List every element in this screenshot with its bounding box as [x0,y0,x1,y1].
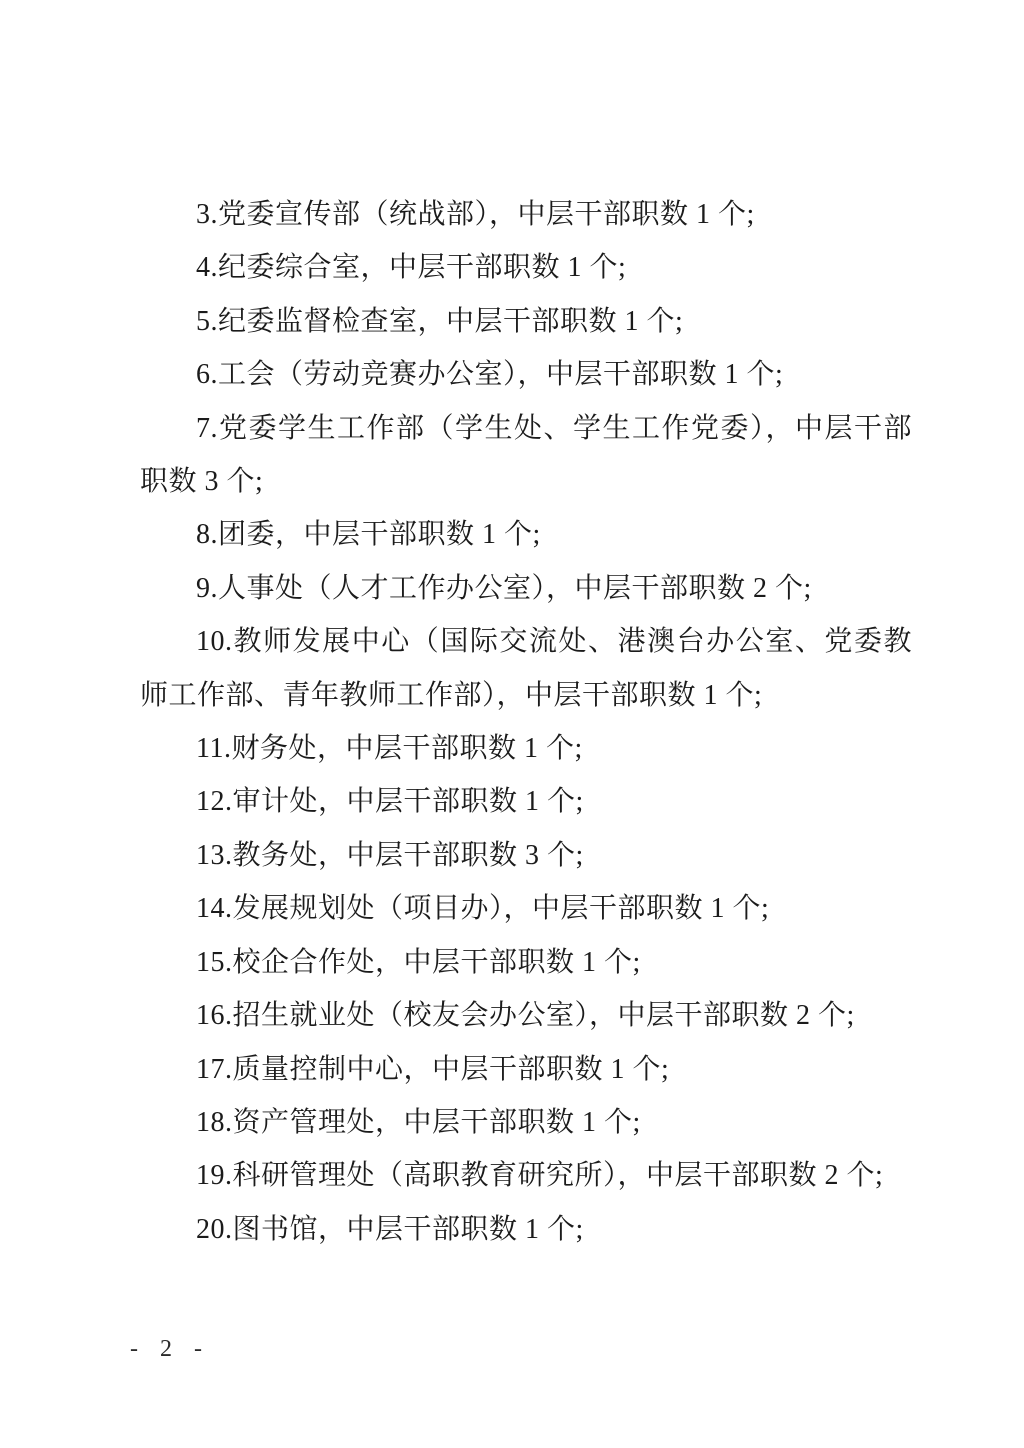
document-page: 3.党委宣传部（统战部），中层干部职数 1 个; 4.纪委综合室，中层干部职数 … [0,0,1024,1448]
list-item: 20.图书馆，中层干部职数 1 个; [140,1203,912,1256]
list-item: 6.工会（劳动竞赛办公室），中层干部职数 1 个; [140,348,912,401]
list-item: 11.财务处，中层干部职数 1 个; [140,722,912,775]
list-item: 12.审计处，中层干部职数 1 个; [140,775,912,828]
list-item: 8.团委，中层干部职数 1 个; [140,508,912,561]
list-item: 15.校企合作处，中层干部职数 1 个; [140,936,912,989]
list-item: 19.科研管理处（高职教育研究所），中层干部职数 2 个; [140,1149,912,1202]
list-item: 3.党委宣传部（统战部），中层干部职数 1 个; [140,188,912,241]
list-item: 4.纪委综合室，中层干部职数 1 个; [140,241,912,294]
list-item: 18.资产管理处，中层干部职数 1 个; [140,1096,912,1149]
list-item: 16.招生就业处（校友会办公室），中层干部职数 2 个; [140,989,912,1042]
document-body: 3.党委宣传部（统战部），中层干部职数 1 个; 4.纪委综合室，中层干部职数 … [140,188,912,1256]
list-item: 17.质量控制中心，中层干部职数 1 个; [140,1043,912,1096]
list-item: 7.党委学生工作部（学生处、学生工作党委），中层干部职数 3 个; [140,402,912,509]
list-item: 14.发展规划处（项目办），中层干部职数 1 个; [140,882,912,935]
list-item: 10.教师发展中心（国际交流处、港澳台办公室、党委教师工作部、青年教师工作部），… [140,615,912,722]
list-item: 13.教务处，中层干部职数 3 个; [140,829,912,882]
page-number: - 2 - [130,1336,210,1363]
list-item: 5.纪委监督检查室，中层干部职数 1 个; [140,295,912,348]
list-item: 9.人事处（人才工作办公室），中层干部职数 2 个; [140,562,912,615]
